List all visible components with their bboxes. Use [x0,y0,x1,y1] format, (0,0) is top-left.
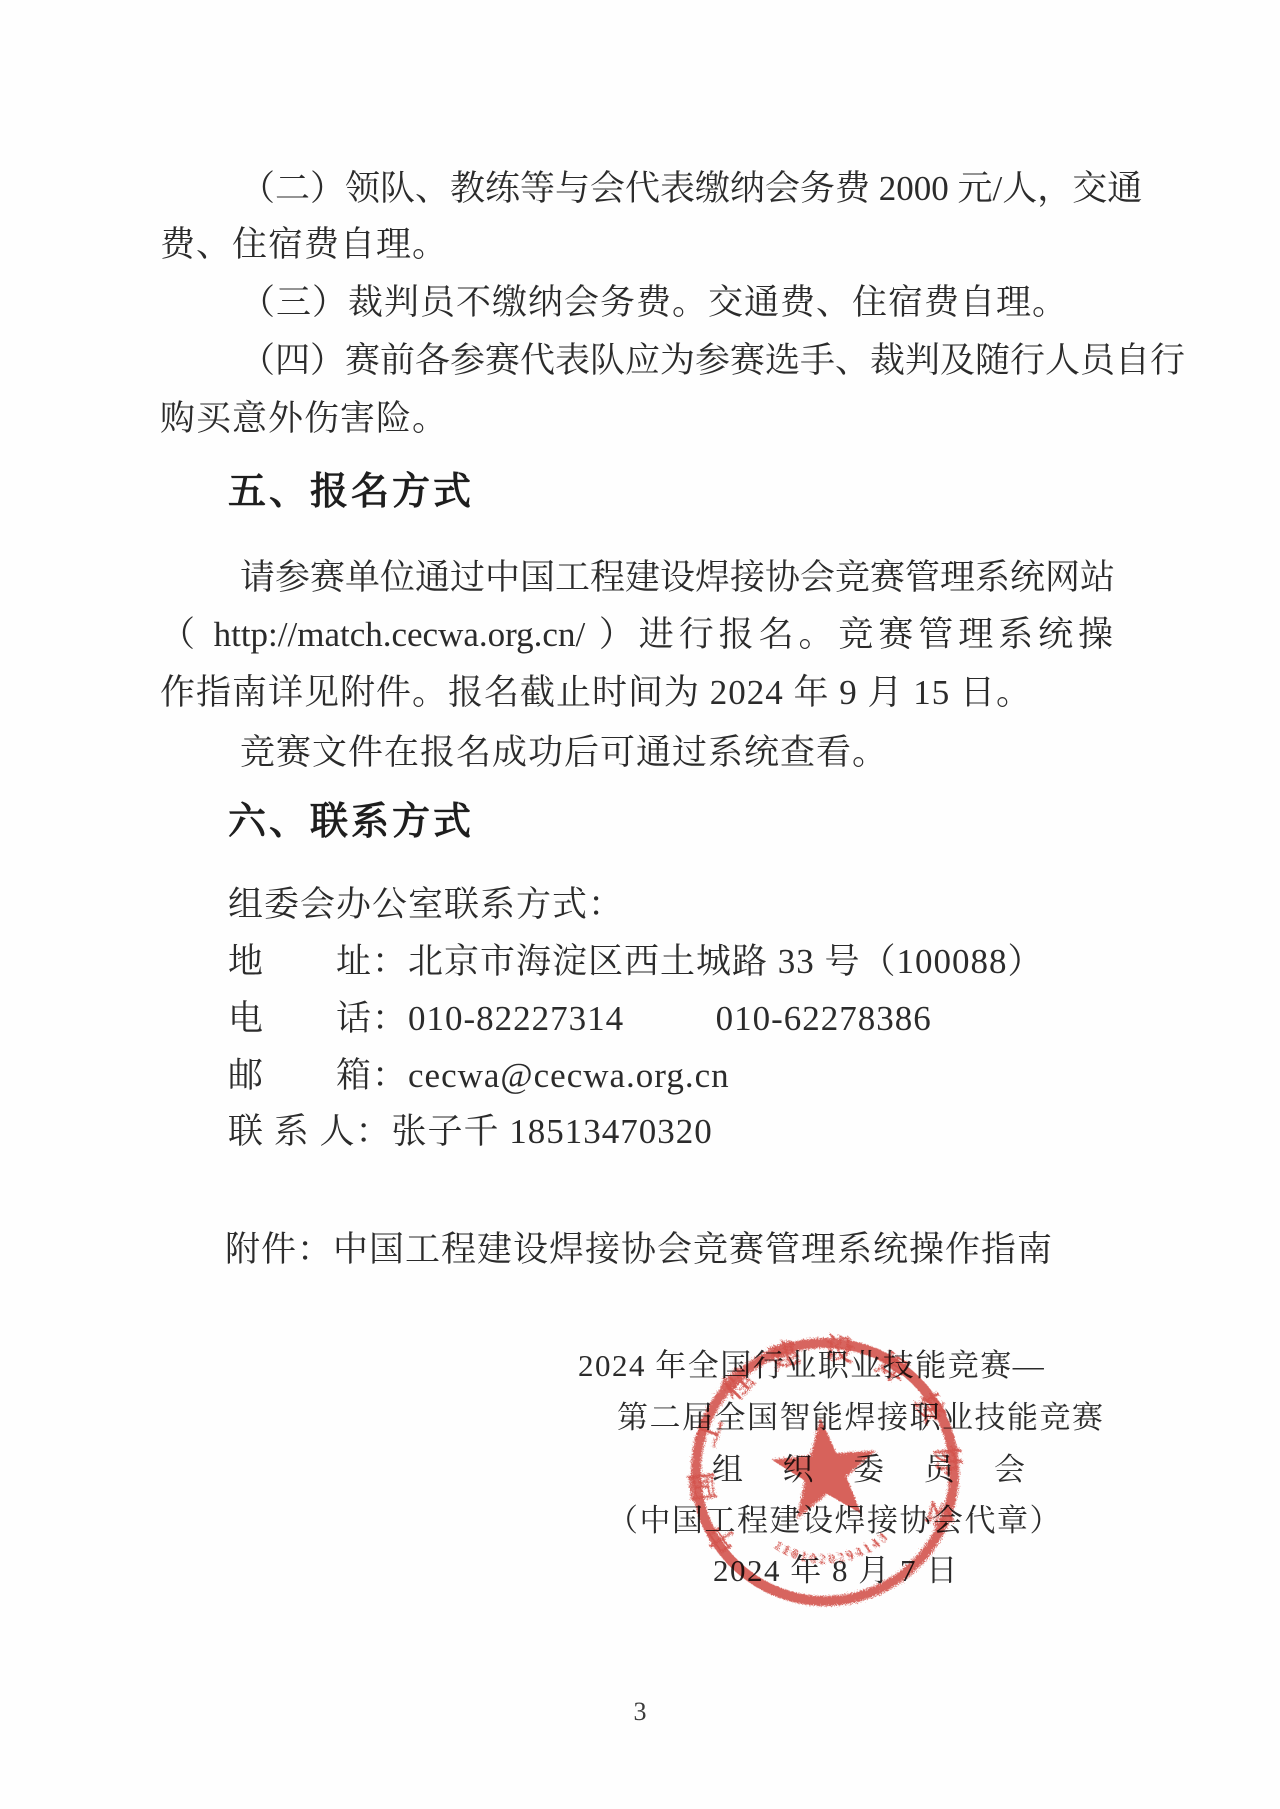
signature-committee: 组 织 委 员 会 [712,1450,1033,1490]
signature-org-line2: 第二届全国智能焊接职业技能竞赛 [617,1398,1105,1438]
signature-date: 2024 年 8 月 7 日 [713,1551,959,1591]
contact-phone: 电 话：010-82227314 010-62278386 [228,996,932,1042]
contact-intro: 组委会办公室联系方式： [228,882,624,928]
fees-item2-line2: 费、住宿费自理。 [160,222,448,268]
contact-email: 邮 箱：cecwa@cecwa.org.cn [228,1053,730,1099]
signature-on-behalf: （中国工程建设焊接协会代章） [607,1501,1062,1541]
contact-address: 地 址：北京市海淀区西土城路 33 号（100088） [228,939,1044,985]
attachment-line: 附件：中国工程建设焊接协会竞赛管理系统操作指南 [225,1227,1053,1273]
registration-line4: 竞赛文件在报名成功后可通过系统查看。 [240,730,888,776]
document-page: （二）领队、教练等与会代表缴纳会务费 2000 元/人，交通 费、住宿费自理。 … [0,0,1280,1809]
registration-line3: 作指南详见附件。报名截止时间为 2024 年 9 月 15 日。 [160,670,1032,716]
section-heading-contact: 六、联系方式 [228,798,474,846]
fees-item4-line1: （四）赛前各参赛代表队应为参赛选手、裁判及随行人员自行 [240,338,1113,384]
registration-line1: 请参赛单位通过中国工程建设焊接协会竞赛管理系统网站 [240,555,1113,601]
page-number: 3 [0,1697,1280,1727]
section-heading-registration: 五、报名方式 [228,468,474,516]
fees-item4-line2: 购买意外伤害险。 [160,396,448,442]
registration-url-line: （ http://match.cecwa.org.cn/ ）进行报名。竞赛管理系… [160,612,1113,658]
signature-org-line1: 2024 年全国行业职业技能竞赛— [578,1346,1045,1386]
fees-item2-line1: （二）领队、教练等与会代表缴纳会务费 2000 元/人，交通 [240,166,1113,212]
fees-item3: （三）裁判员不缴纳会务费。交通费、住宿费自理。 [240,280,1068,326]
contact-person: 联 系 人：张子千 18513470320 [228,1109,713,1155]
